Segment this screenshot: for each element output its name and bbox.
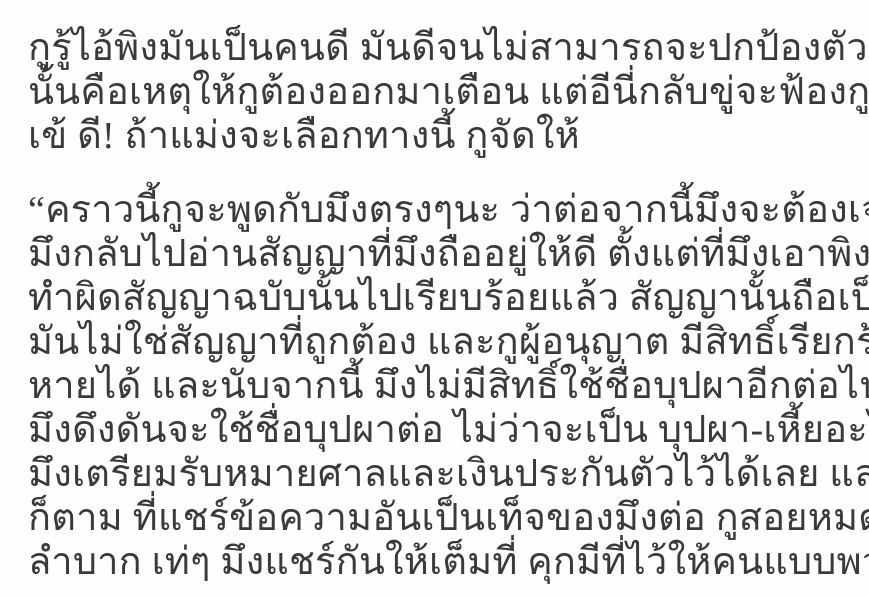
paragraph-2: “คราวนี้กูจะพูดกับมึงตรงๆนะ ว่าต่อจากนี้… [28,188,853,584]
text-line: กูรู้ไอ้พิงมันเป็นคนดี มันดีจนไม่สามารถจ… [28,26,853,70]
text-line: เข้ ดี! ถ้าแม่งจะเลือกทางนี้ กูจัดให้ [28,114,853,158]
text-line: ก็ตาม ที่แชร์ข้อความอันเป็นเท็จของมึงต่อ… [28,496,853,540]
text-line: หายได้ และนับจากนี้ มึงไม่มีสิทธิ์ใช้ชื่… [28,364,853,408]
text-line: มึงเตรียมรับหมายศาลและเงินประกันตัวไว้ได… [28,452,853,496]
text-line: ลำบาก เท่ๆ มึงแชร์กันให้เต็มที่ คุกมีที่… [28,540,853,584]
text-line: มันไม่ใช่สัญญาที่ถูกต้อง และกูผู้อนุญาต … [28,320,853,364]
text-line: “คราวนี้กูจะพูดกับมึงตรงๆนะ ว่าต่อจากนี้… [28,188,853,232]
text-line: ทำผิดสัญญาฉบับนั้นไปเรียบร้อยแล้ว สัญญาน… [28,276,853,320]
paragraph-1: กูรู้ไอ้พิงมันเป็นคนดี มันดีจนไม่สามารถจ… [28,26,853,158]
text-line: นั้นคือเหตุให้กูต้องออกมาเตือน แต่อีนี่ก… [28,70,853,114]
text-image-page: กูรู้ไอ้พิงมันเป็นคนดี มันดีจนไม่สามารถจ… [0,0,869,597]
text-line: มึงดึงดันจะใช้ชื่อบุปผาต่อ ไม่ว่าจะเป็น … [28,408,853,452]
text-line: มึงกลับไปอ่านสัญญาที่มึงถืออยู่ให้ดี ตั้… [28,232,853,276]
